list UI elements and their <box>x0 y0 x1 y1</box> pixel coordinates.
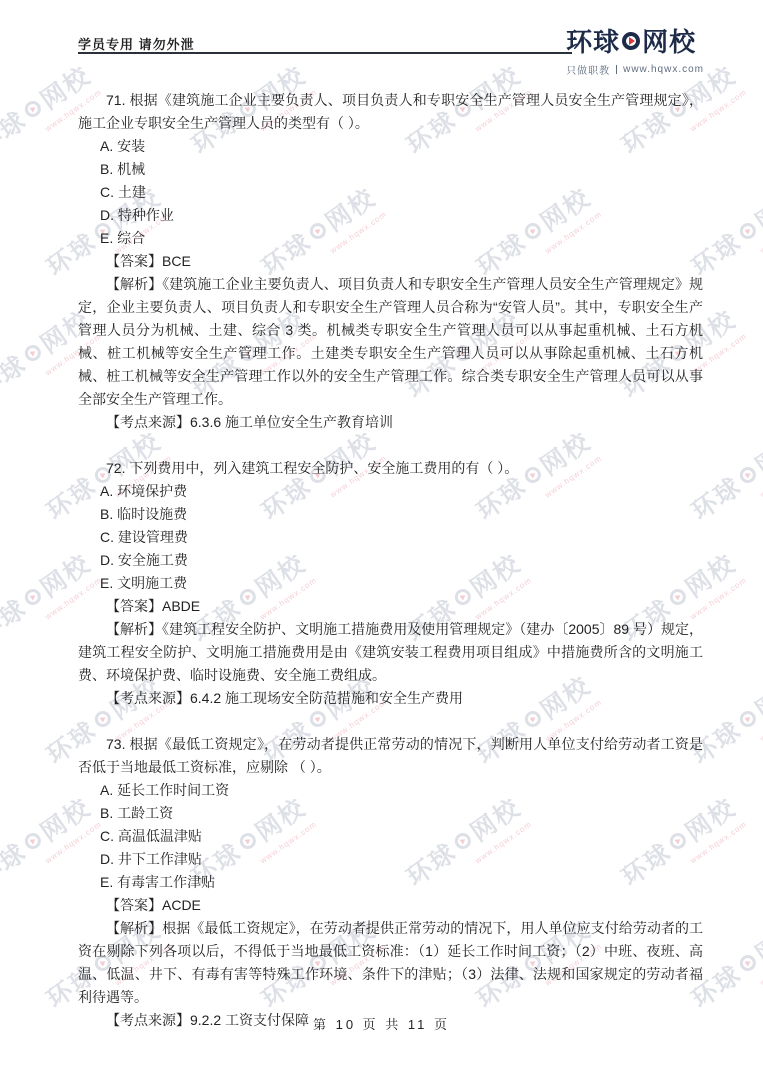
source-label: 【考点来源】 <box>106 690 190 706</box>
option-e: E. 综合 <box>78 227 703 250</box>
analysis-text: 根据《最低工资规定》，在劳动者提供正常劳动的情况下，用人单位应支付给劳动者的工资… <box>78 920 703 1005</box>
option-a: A. 环境保护费 <box>78 480 703 503</box>
play-triangle-icon <box>629 37 635 45</box>
logo-text-right: 网校 <box>642 22 696 59</box>
watermark-play-icon <box>22 586 44 608</box>
watermark-play-icon <box>22 342 44 364</box>
analysis-line: 【解析】《建筑工程安全防护、文明施工措施费用及使用管理规定》（建办〔2005〕8… <box>78 618 703 687</box>
watermark-play-icon <box>22 830 44 852</box>
tagline-divider <box>616 65 617 74</box>
logo-text-left: 环球 <box>566 22 620 59</box>
option-e: E. 有毒害工作津贴 <box>78 871 703 894</box>
option-c: C. 土建 <box>78 181 703 204</box>
confidential-label: 学员专用 请勿外泄 <box>78 34 195 53</box>
option-d: D. 特种作业 <box>78 204 703 227</box>
watermark-play-icon <box>737 952 759 974</box>
option-a: A. 安装 <box>78 135 703 158</box>
option-b: B. 工龄工资 <box>78 802 703 825</box>
analysis-text: 《建筑施工企业主要负责人、项目负责人和专职安全生产管理人员安全生产管理规定》规定… <box>78 276 703 407</box>
analysis-line: 【解析】《建筑施工企业主要负责人、项目负责人和专职安全生产管理人员安全生产管理规… <box>78 273 703 411</box>
header-divider <box>78 52 572 54</box>
question-block-71: 71. 根据《建筑施工企业主要负责人、项目负责人和专职安全生产管理人员安全生产管… <box>78 89 703 434</box>
source-line: 【考点来源】6.4.2 施工现场安全防范措施和安全生产费用 <box>78 687 703 710</box>
option-d: D. 井下工作津贴 <box>78 848 703 871</box>
answer-value: ABDE <box>162 598 200 614</box>
answer-label: 【答案】 <box>106 253 162 269</box>
option-a: A. 延长工作时间工资 <box>78 779 703 802</box>
page-number: 第 10 页 共 11 页 <box>313 1017 450 1032</box>
answer-line: 【答案】ABDE <box>78 595 703 618</box>
option-b: B. 机械 <box>78 158 703 181</box>
page-footer: 第 10 页 共 11 页 <box>0 1014 763 1033</box>
analysis-text: 《建筑工程安全防护、文明施工措施费用及使用管理规定》（建办〔2005〕89 号）… <box>78 621 703 683</box>
source-text: 6.3.6 施工单位安全生产教育培训 <box>190 414 393 430</box>
option-d: D. 安全施工费 <box>78 549 703 572</box>
watermark-play-icon <box>737 220 759 242</box>
analysis-label: 【解析】 <box>106 276 162 292</box>
analysis-label: 【解析】 <box>106 621 162 637</box>
source-label: 【考点来源】 <box>106 414 190 430</box>
answer-line: 【答案】BCE <box>78 250 703 273</box>
brand-slogan: 只做职教 <box>566 62 610 77</box>
brand-website: www.hqwx.com <box>623 64 704 75</box>
analysis-label: 【解析】 <box>106 920 162 936</box>
option-c: C. 建设管理费 <box>78 526 703 549</box>
answer-line: 【答案】ACDE <box>78 894 703 917</box>
watermark-play-icon <box>22 98 44 120</box>
watermark-play-icon <box>737 464 759 486</box>
watermark-play-icon <box>737 708 759 730</box>
option-b: B. 临时设施费 <box>78 503 703 526</box>
brand-logo: 环球 网校 只做职教 www.hqwx.com <box>566 22 704 77</box>
source-text: 6.4.2 施工现场安全防范措施和安全生产费用 <box>190 690 463 706</box>
question-block-72: 72. 下列费用中，列入建筑工程安全防护、安全施工费用的有（ ）。 A. 环境保… <box>78 457 703 710</box>
option-e: E. 文明施工费 <box>78 572 703 595</box>
question-text: 72. 下列费用中，列入建筑工程安全防护、安全施工费用的有（ ）。 <box>78 457 703 480</box>
document-page: 环球网校www.hqwx.com环球网校www.hqwx.com环球网校www.… <box>0 0 763 1080</box>
questions-area: 71. 根据《建筑施工企业主要负责人、项目负责人和专职安全生产管理人员安全生产管… <box>78 89 703 1032</box>
question-block-73: 73. 根据《最低工资规定》，在劳动者提供正常劳动的情况下，判断用人单位支付给劳… <box>78 733 703 1032</box>
answer-value: ACDE <box>162 897 201 913</box>
answer-label: 【答案】 <box>106 598 162 614</box>
answer-value: BCE <box>162 253 191 269</box>
answer-label: 【答案】 <box>106 897 162 913</box>
source-line: 【考点来源】6.3.6 施工单位安全生产教育培训 <box>78 411 703 434</box>
analysis-line: 【解析】根据《最低工资规定》，在劳动者提供正常劳动的情况下，用人单位应支付给劳动… <box>78 917 703 1009</box>
brand-tagline: 只做职教 www.hqwx.com <box>566 62 704 77</box>
option-c: C. 高温低温津贴 <box>78 825 703 848</box>
question-text: 71. 根据《建筑施工企业主要负责人、项目负责人和专职安全生产管理人员安全生产管… <box>78 89 703 135</box>
question-text: 73. 根据《最低工资规定》，在劳动者提供正常劳动的情况下，判断用人单位支付给劳… <box>78 733 703 779</box>
brand-logo-wordmark: 环球 网校 <box>566 22 704 59</box>
play-icon <box>622 32 640 50</box>
